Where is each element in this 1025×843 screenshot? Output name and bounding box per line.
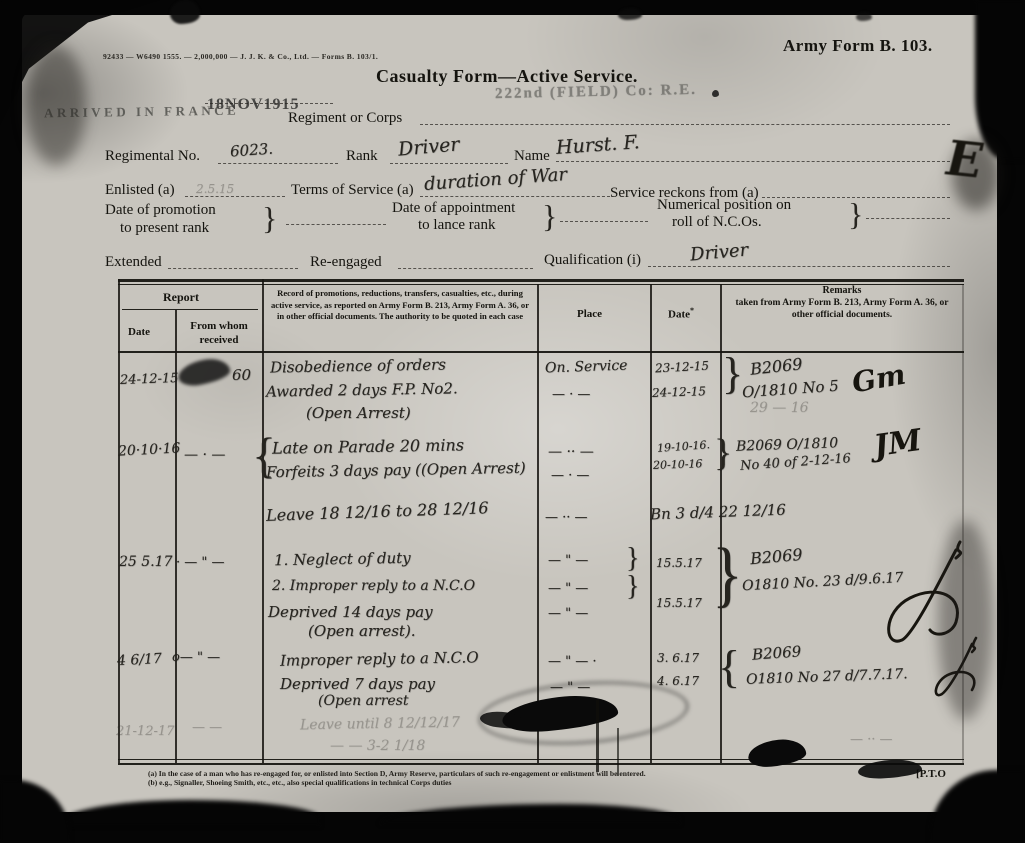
extended-line [168, 268, 298, 269]
row3-place-line1: — " — [548, 553, 588, 568]
qualification-line [648, 266, 950, 267]
regiment-or-corps-label: Regiment or Corps [288, 110, 402, 127]
row3-place-brace2: } [626, 573, 639, 601]
extended-label: Extended [105, 254, 162, 271]
header-record: Record of promotions, reductions, transf… [268, 288, 532, 323]
left-margin-smudge [26, 45, 86, 165]
row3-date-line1: 15.5.17 [656, 556, 702, 570]
row1-remarks-line3: 29 — 16 [750, 400, 809, 416]
table-top-rule-thick [118, 279, 964, 282]
row2-signature: JM [872, 423, 924, 464]
margin-scribble-smudge [952, 140, 1000, 210]
row4-remarks-line1: B2069 [751, 642, 801, 663]
row3-from-whom: · — " — [176, 555, 225, 570]
row1-remarks-brace: } [722, 352, 743, 396]
reengaged-line [398, 268, 533, 269]
row2-from-whom: — · — [184, 447, 225, 463]
row3-record-line2: 2. Improper reply to a N.C.O [272, 578, 475, 594]
row2-date-line2: 20-10-16 [653, 457, 703, 472]
scan-edge-top [0, 0, 1025, 15]
promotion-line [286, 224, 386, 225]
footnote-b: (b) e.g., Signaller, Shoeing Smith, etc.… [148, 778, 451, 787]
header-from-whom: From whom received [178, 320, 260, 348]
col-line-left [118, 279, 120, 763]
speck-title-dot [712, 90, 719, 97]
row3-place-brace1: } [626, 545, 639, 573]
ink-drip-1 [596, 700, 599, 772]
header-bottom-rule [118, 351, 964, 353]
faintrow-from-whom: — — [192, 720, 222, 735]
appointment-brace: } [542, 200, 557, 232]
promotion-label-line1: Date of promotion [105, 202, 216, 219]
row4-report-date: 4 6/17 [117, 651, 163, 669]
appointment-label-line2: to lance rank [418, 217, 495, 234]
header-date: Date [128, 326, 150, 338]
table-bottom-rule-thin [118, 759, 964, 760]
arrived-date-underline [205, 103, 333, 104]
header-report: Report [163, 290, 199, 305]
paper-sheet [22, 13, 997, 813]
row4-record-line2: Deprived 7 days pay [280, 675, 435, 693]
row3-date-line2: 15.5.17 [656, 596, 702, 610]
report-underline [122, 309, 258, 310]
row1-report-date: 24-12-15 [120, 371, 179, 388]
row1-record-line1: Disobedience of orders [270, 355, 446, 376]
ink-drip-2 [617, 728, 619, 776]
name-label: Name [514, 148, 550, 165]
faintrow-remarks: — ·· — [850, 732, 893, 747]
header-date2: Date* [668, 306, 694, 321]
row3-record-line3: Deprived 14 days pay [268, 603, 433, 621]
row3-report-date: 25 5.17 [119, 554, 172, 570]
form-number: Army Form B. 103. [783, 36, 933, 56]
rank-label: Rank [346, 148, 378, 165]
qualification-label: Qualification (i) [544, 252, 641, 269]
row2-record-line1: Late on Parade 20 mins [272, 435, 464, 457]
faintrow-record-line2: — — 3-2 1/18 [330, 738, 425, 754]
row3-record-line4: (Open arrest). [308, 622, 416, 640]
table-bottom-rule-thick [118, 763, 964, 765]
scan-edge-left [0, 0, 22, 843]
numerical-brace: } [848, 198, 863, 230]
row3-record-line1: 1. Neglect of duty [274, 549, 411, 569]
regimental-no-value: 6023. [229, 140, 273, 161]
footnote-a: (a) In the case of a man who has re-enga… [148, 769, 646, 778]
terms-line [420, 196, 610, 197]
row4-record-line1: Improper reply to a N.C.O [280, 648, 479, 669]
numerical-line [866, 218, 950, 219]
appointment-line [560, 221, 648, 222]
row2-report-date: 20·10·16 [118, 440, 181, 459]
arrived-date-stamp: 18NOV1915 [207, 96, 300, 114]
speck-top-2 [618, 8, 642, 20]
row1-record-line3: (Open Arrest) [306, 404, 411, 422]
name-line [556, 161, 950, 162]
rank-line [390, 163, 508, 164]
row2-remarks-brace: } [714, 434, 732, 472]
row4-date-line2: 4. 6.17 [657, 674, 699, 688]
row4-remarks-brace: { [718, 644, 740, 690]
row2-place-line2: — · — [551, 468, 589, 483]
row4-from-whom: o— " — [172, 650, 220, 665]
header-remarks-rest: taken from Army Form B. 213, Army Form A… [726, 297, 958, 322]
header-place: Place [577, 308, 602, 320]
terms-label: Terms of Service (a) [291, 182, 414, 199]
header-remarks-title: Remarks [724, 285, 960, 296]
printer-imprint: 92433 — W6490 1555. — 2,000,000 — J. J. … [103, 52, 378, 61]
row2b-place: — ·· — [545, 510, 588, 525]
regiment-line [420, 124, 950, 125]
regimental-no-label: Regimental No. [105, 148, 200, 165]
row1-date-line2: 24-12-15 [652, 384, 706, 400]
row4-date-line1: 3. 6.17 [657, 651, 699, 665]
row1-place-line2: — · — [552, 387, 590, 402]
row1-place-line1: On. Service [545, 358, 628, 377]
reengaged-label: Re-engaged [310, 254, 382, 271]
promotion-brace: } [262, 202, 277, 234]
header-date2-text: Date [668, 309, 690, 321]
appointment-label-line1: Date of appointment [392, 200, 515, 217]
regimental-no-line [218, 163, 338, 164]
row3-place-line2: — " — [548, 581, 588, 596]
row1-record-line2: Awarded 2 days F.P. No2. [266, 379, 458, 400]
header-date2-asterisk: * [690, 306, 694, 315]
numerical-label-line1: Numerical position on [657, 197, 791, 214]
row4-record-line3: (Open arrest [318, 693, 408, 709]
row4-place-line1: — " — · [548, 654, 597, 669]
row1-from-whom: 60 [232, 366, 251, 384]
row3-remarks-brace: } [712, 537, 743, 611]
col-line-report-record [262, 279, 264, 763]
right-edge-smudge [938, 520, 993, 720]
speck-top-1 [170, 0, 200, 24]
scanned-casualty-form: 92433 — W6490 1555. — 2,000,000 — J. J. … [0, 0, 1025, 843]
faintrow-report-date: 21-12-17 [116, 724, 174, 739]
enlisted-line [185, 196, 285, 197]
row2-place-line1: — ·· — [548, 444, 594, 460]
row3-place-line3: — " — [548, 606, 588, 621]
speck-top-3 [856, 12, 872, 21]
numerical-label-line2: roll of N.C.Os. [672, 214, 762, 231]
row1-date-line1: 23-12-15 [655, 359, 710, 376]
enlisted-value: 2.5.15 [196, 182, 234, 196]
enlisted-label: Enlisted (a) [105, 182, 175, 199]
faintrow-record-line1: Leave until 8 12/12/17 [300, 715, 460, 734]
promotion-label-line2: to present rank [120, 220, 209, 237]
